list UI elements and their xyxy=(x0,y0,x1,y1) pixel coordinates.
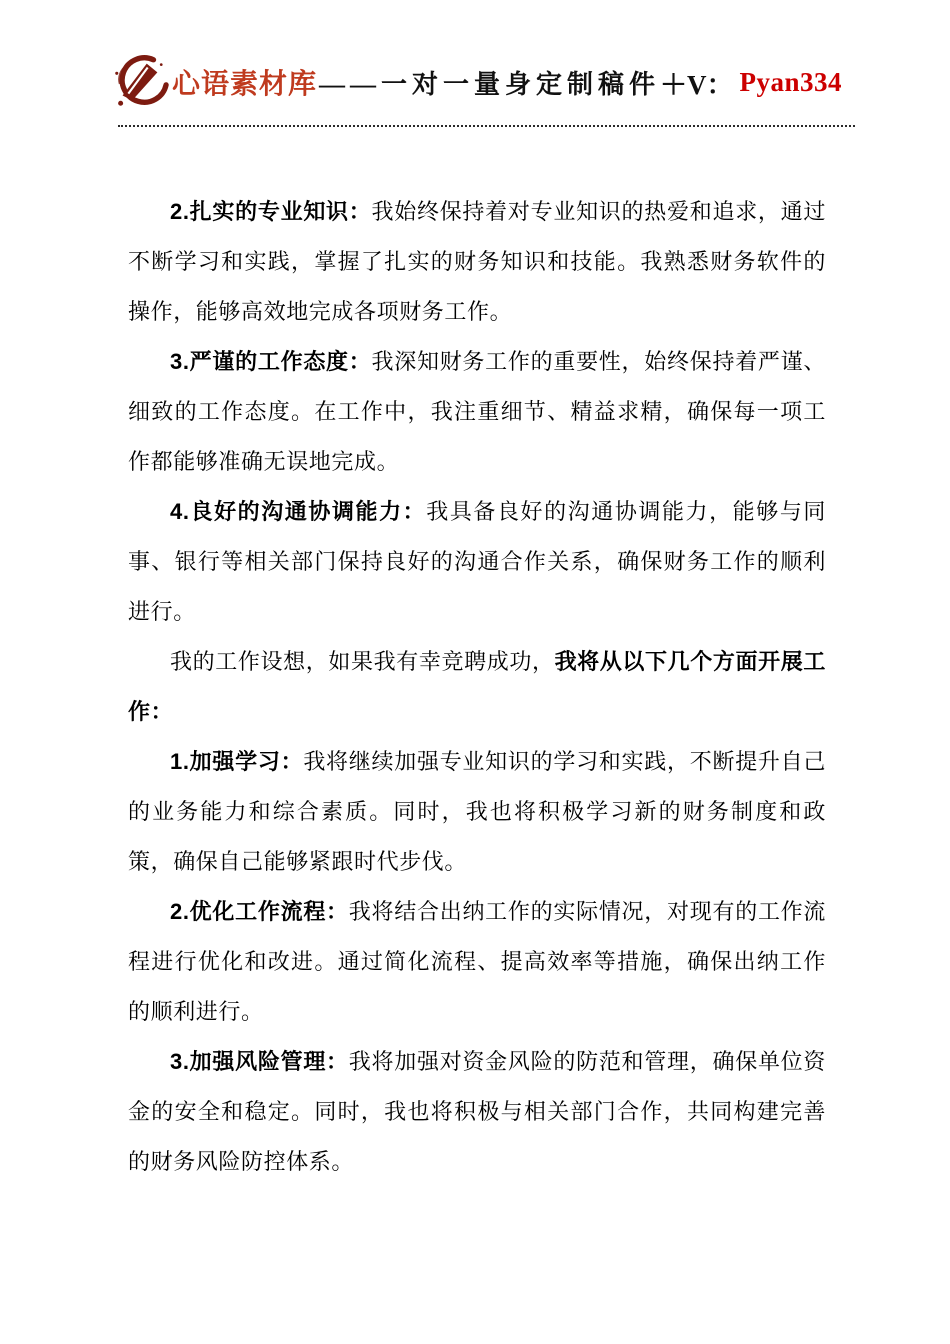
paragraph-risk-management: 3.加强风险管理：我将加强对资金风险的防范和管理，确保单位资金的安全和稳定。同时… xyxy=(128,1037,826,1187)
paragraph-strengthen-learning: 1.加强学习：我将继续加强专业知识的学习和实践，不断提升自己的业务能力和综合素质… xyxy=(128,737,826,887)
paragraph-work-plan-intro: 我的工作设想，如果我有幸竞聘成功，我将从以下几个方面开展工作： xyxy=(128,637,826,737)
header-contact-value: Pyan334 xyxy=(740,67,843,98)
paragraph-lead: 3.严谨的工作态度： xyxy=(170,349,372,374)
paragraph-lead: 2.扎实的专业知识： xyxy=(170,199,372,224)
header: 心语素材库 ——一对一量身定制稿件 ＋V： Pyan334 xyxy=(0,0,950,114)
paragraph-work-attitude: 3.严谨的工作态度：我深知财务工作的重要性，始终保持着严谨、细致的工作态度。在工… xyxy=(128,337,826,487)
header-contact-label: ＋V： xyxy=(660,63,734,102)
paragraph-optimize-workflow: 2.优化工作流程：我将结合出纳工作的实际情况，对现有的工作流程进行优化和改进。通… xyxy=(128,887,826,1037)
brand-name: 心语素材库 xyxy=(172,62,317,102)
paragraph-lead: 2.优化工作流程： xyxy=(170,899,349,924)
document-body: 2.扎实的专业知识：我始终保持着对专业知识的热爱和追求，通过不断学习和实践，掌握… xyxy=(0,187,950,1187)
header-tagline: ——一对一量身定制稿件 xyxy=(319,64,660,101)
paragraph-text: 我的工作设想，如果我有幸竞聘成功， xyxy=(170,649,555,674)
paragraph-professional-knowledge: 2.扎实的专业知识：我始终保持着对专业知识的热爱和追求，通过不断学习和实践，掌握… xyxy=(128,187,826,337)
paragraph-lead: 1.加强学习： xyxy=(170,749,303,774)
header-divider xyxy=(118,125,855,127)
pen-nib-swirl-icon xyxy=(108,53,170,111)
paragraph-communication-skills: 4.良好的沟通协调能力：我具备良好的沟通协调能力，能够与同事、银行等相关部门保持… xyxy=(128,487,826,637)
paragraph-lead: 4.良好的沟通协调能力： xyxy=(170,499,426,524)
document-page: 心语素材库 ——一对一量身定制稿件 ＋V： Pyan334 2.扎实的专业知识：… xyxy=(0,0,950,1344)
paragraph-lead: 3.加强风险管理： xyxy=(170,1049,349,1074)
